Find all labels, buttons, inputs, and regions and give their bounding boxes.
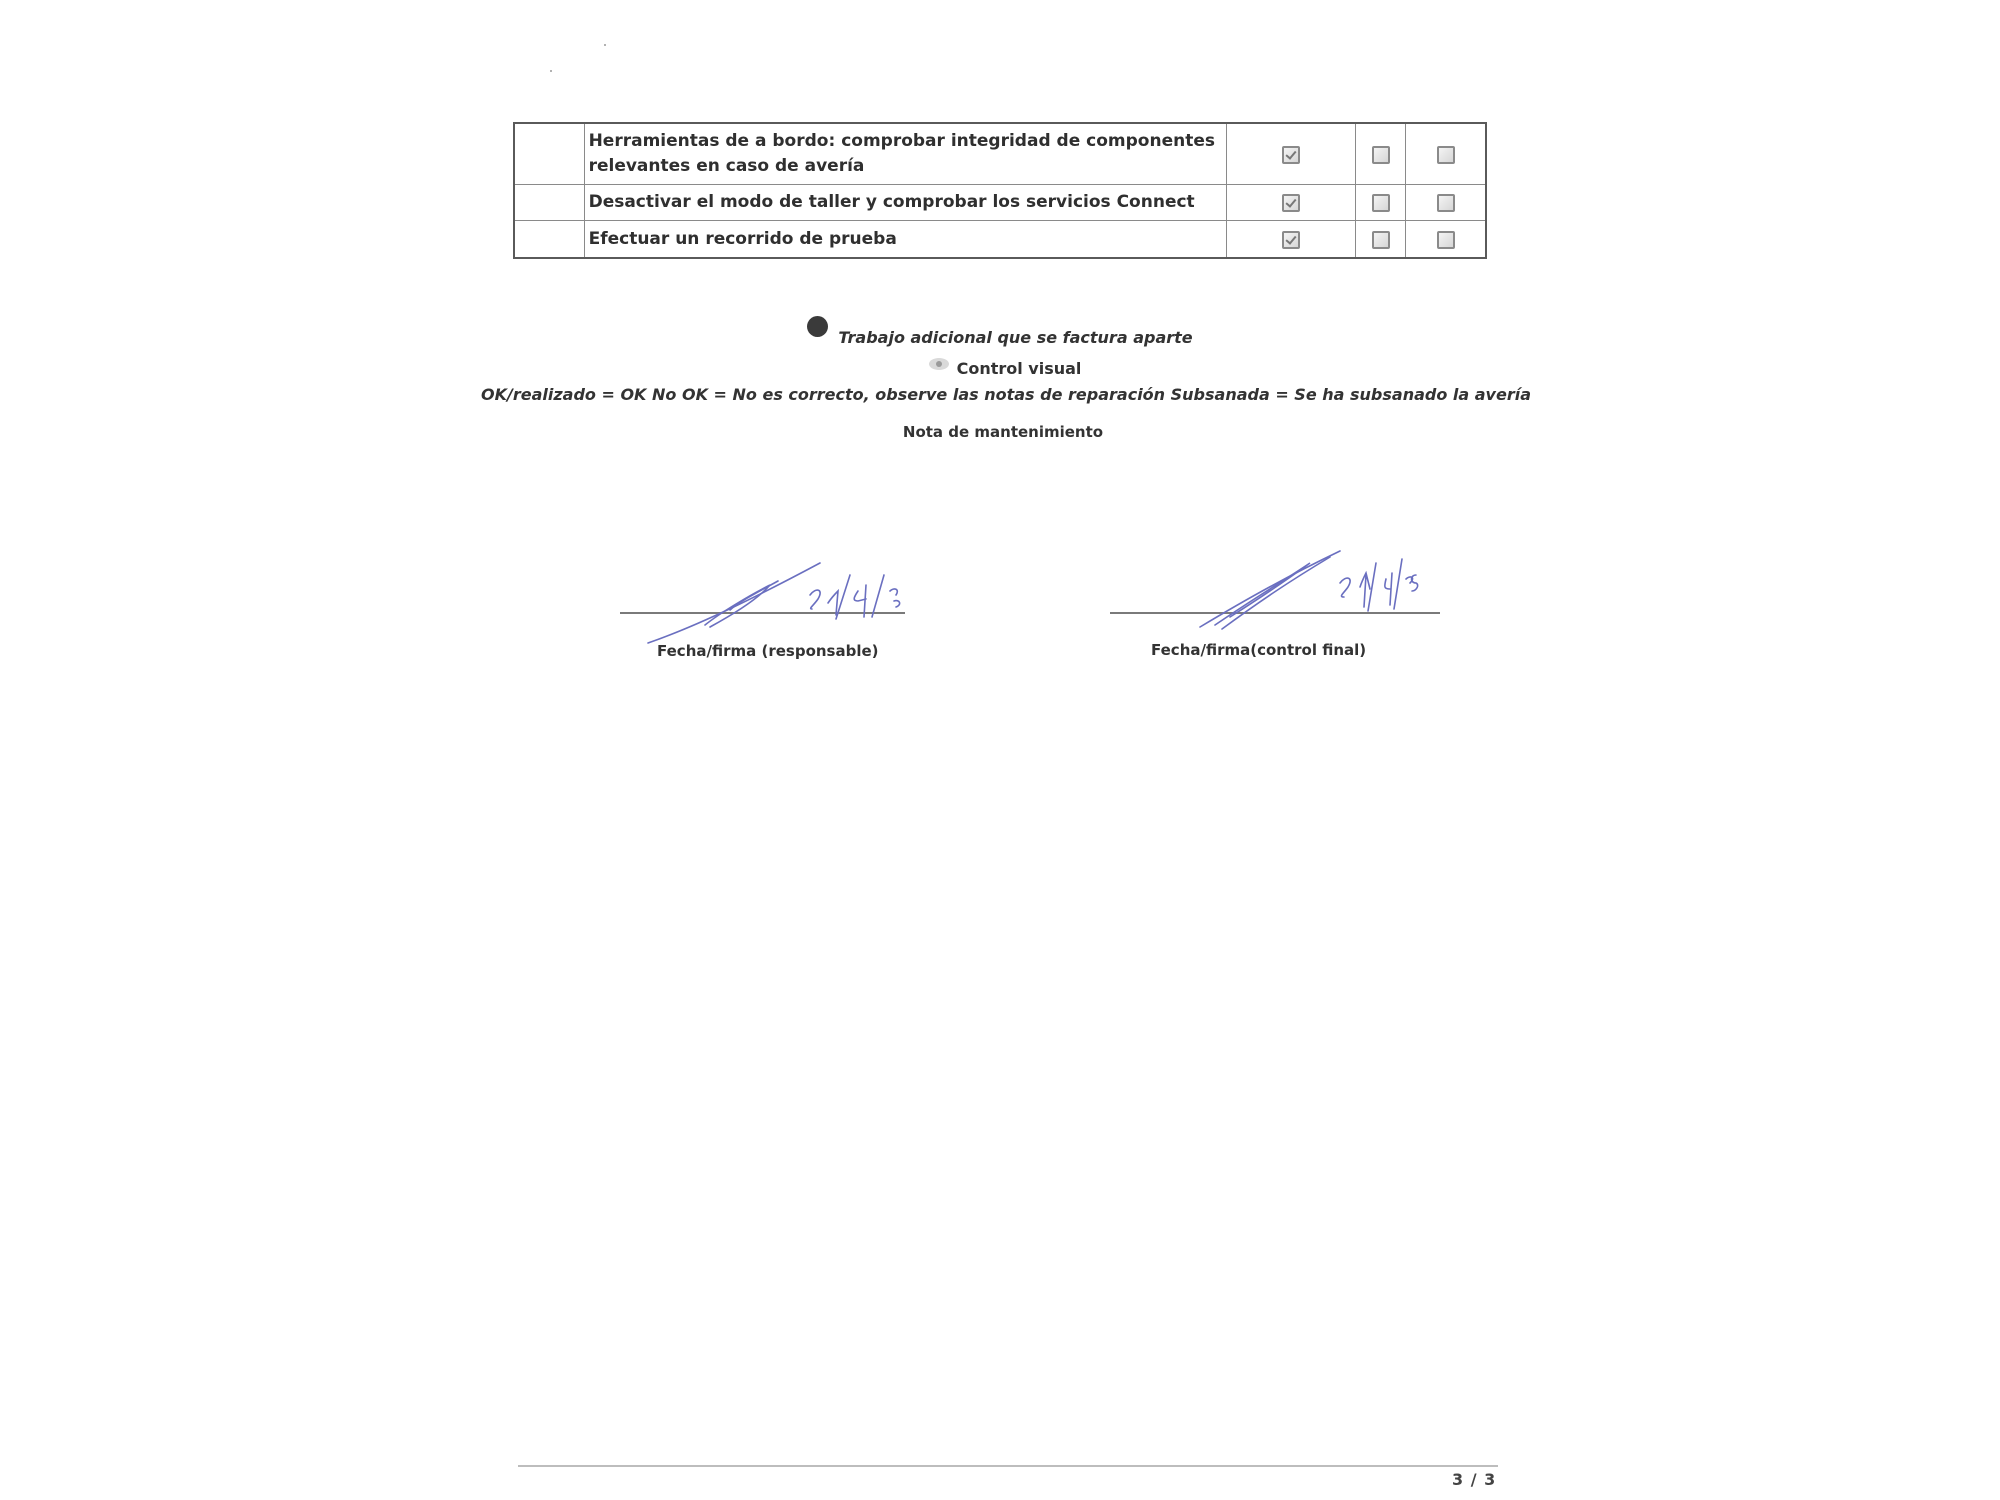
checkbox-subsanada-cell (1406, 185, 1486, 221)
status-key: OK/realizado = OK No OK = No es correcto… (0, 385, 2000, 404)
footer-rule (518, 1465, 1498, 1467)
scan-speck (550, 70, 552, 72)
signature-label-final-control: Fecha/firma(control final) (1151, 641, 1366, 659)
row-index-cell (514, 185, 584, 221)
checklist-row: Efectuar un recorrido de prueba (514, 221, 1486, 259)
legend-additional-work-text: Trabajo adicional que se factura aparte (838, 328, 1192, 347)
checkbox-no-ok-cell (1355, 221, 1405, 259)
checkbox-subsanada[interactable] (1437, 194, 1455, 212)
filled-circle-icon (807, 316, 828, 337)
checkbox-ok[interactable] (1282, 146, 1300, 164)
handwritten-date-responsible: 24/4/25 (640, 555, 644, 556)
legend-visual-control-text: Control visual (957, 359, 1082, 378)
row-index-cell (514, 123, 584, 185)
eye-icon (929, 358, 949, 370)
checkbox-no-ok-cell (1355, 123, 1405, 185)
checkbox-no-ok[interactable] (1372, 146, 1390, 164)
checklist-table: Herramientas de a bordo: comprobar integ… (513, 122, 1487, 259)
checkbox-no-ok[interactable] (1372, 194, 1390, 212)
scan-speck (604, 44, 606, 46)
page-number: 3 / 3 (1452, 1470, 1496, 1489)
handwritten-date-final-control: 24/4/25 (1180, 545, 1184, 546)
checklist-row: Herramientas de a bordo: comprobar integ… (514, 123, 1486, 185)
row-index-cell (514, 221, 584, 259)
signature-responsible: 24/4/25 (640, 555, 940, 655)
checkbox-no-ok-cell (1355, 185, 1405, 221)
checkbox-subsanada-cell (1406, 123, 1486, 185)
checkbox-subsanada-cell (1406, 221, 1486, 259)
maintenance-note-heading: Nota de mantenimiento (0, 423, 2000, 441)
checkbox-ok[interactable] (1282, 194, 1300, 212)
signature-final-control: 24/4/25 (1180, 545, 1460, 635)
checkbox-subsanada[interactable] (1437, 146, 1455, 164)
checklist-row: Desactivar el modo de taller y comprobar… (514, 185, 1486, 221)
signature-label-responsible: Fecha/firma (responsable) (657, 642, 879, 660)
row-description: Herramientas de a bordo: comprobar integ… (584, 123, 1227, 185)
checkbox-subsanada[interactable] (1437, 231, 1455, 249)
checkbox-ok-cell (1227, 185, 1356, 221)
checkbox-ok[interactable] (1282, 231, 1300, 249)
row-description: Efectuar un recorrido de prueba (584, 221, 1227, 259)
row-description: Desactivar el modo de taller y comprobar… (584, 185, 1227, 221)
checkbox-ok-cell (1227, 123, 1356, 185)
legend-additional-work: Trabajo adicional que se factura aparte (0, 322, 2000, 347)
checkbox-no-ok[interactable] (1372, 231, 1390, 249)
legend-visual-control: Control visual (0, 359, 2000, 378)
checkbox-ok-cell (1227, 221, 1356, 259)
